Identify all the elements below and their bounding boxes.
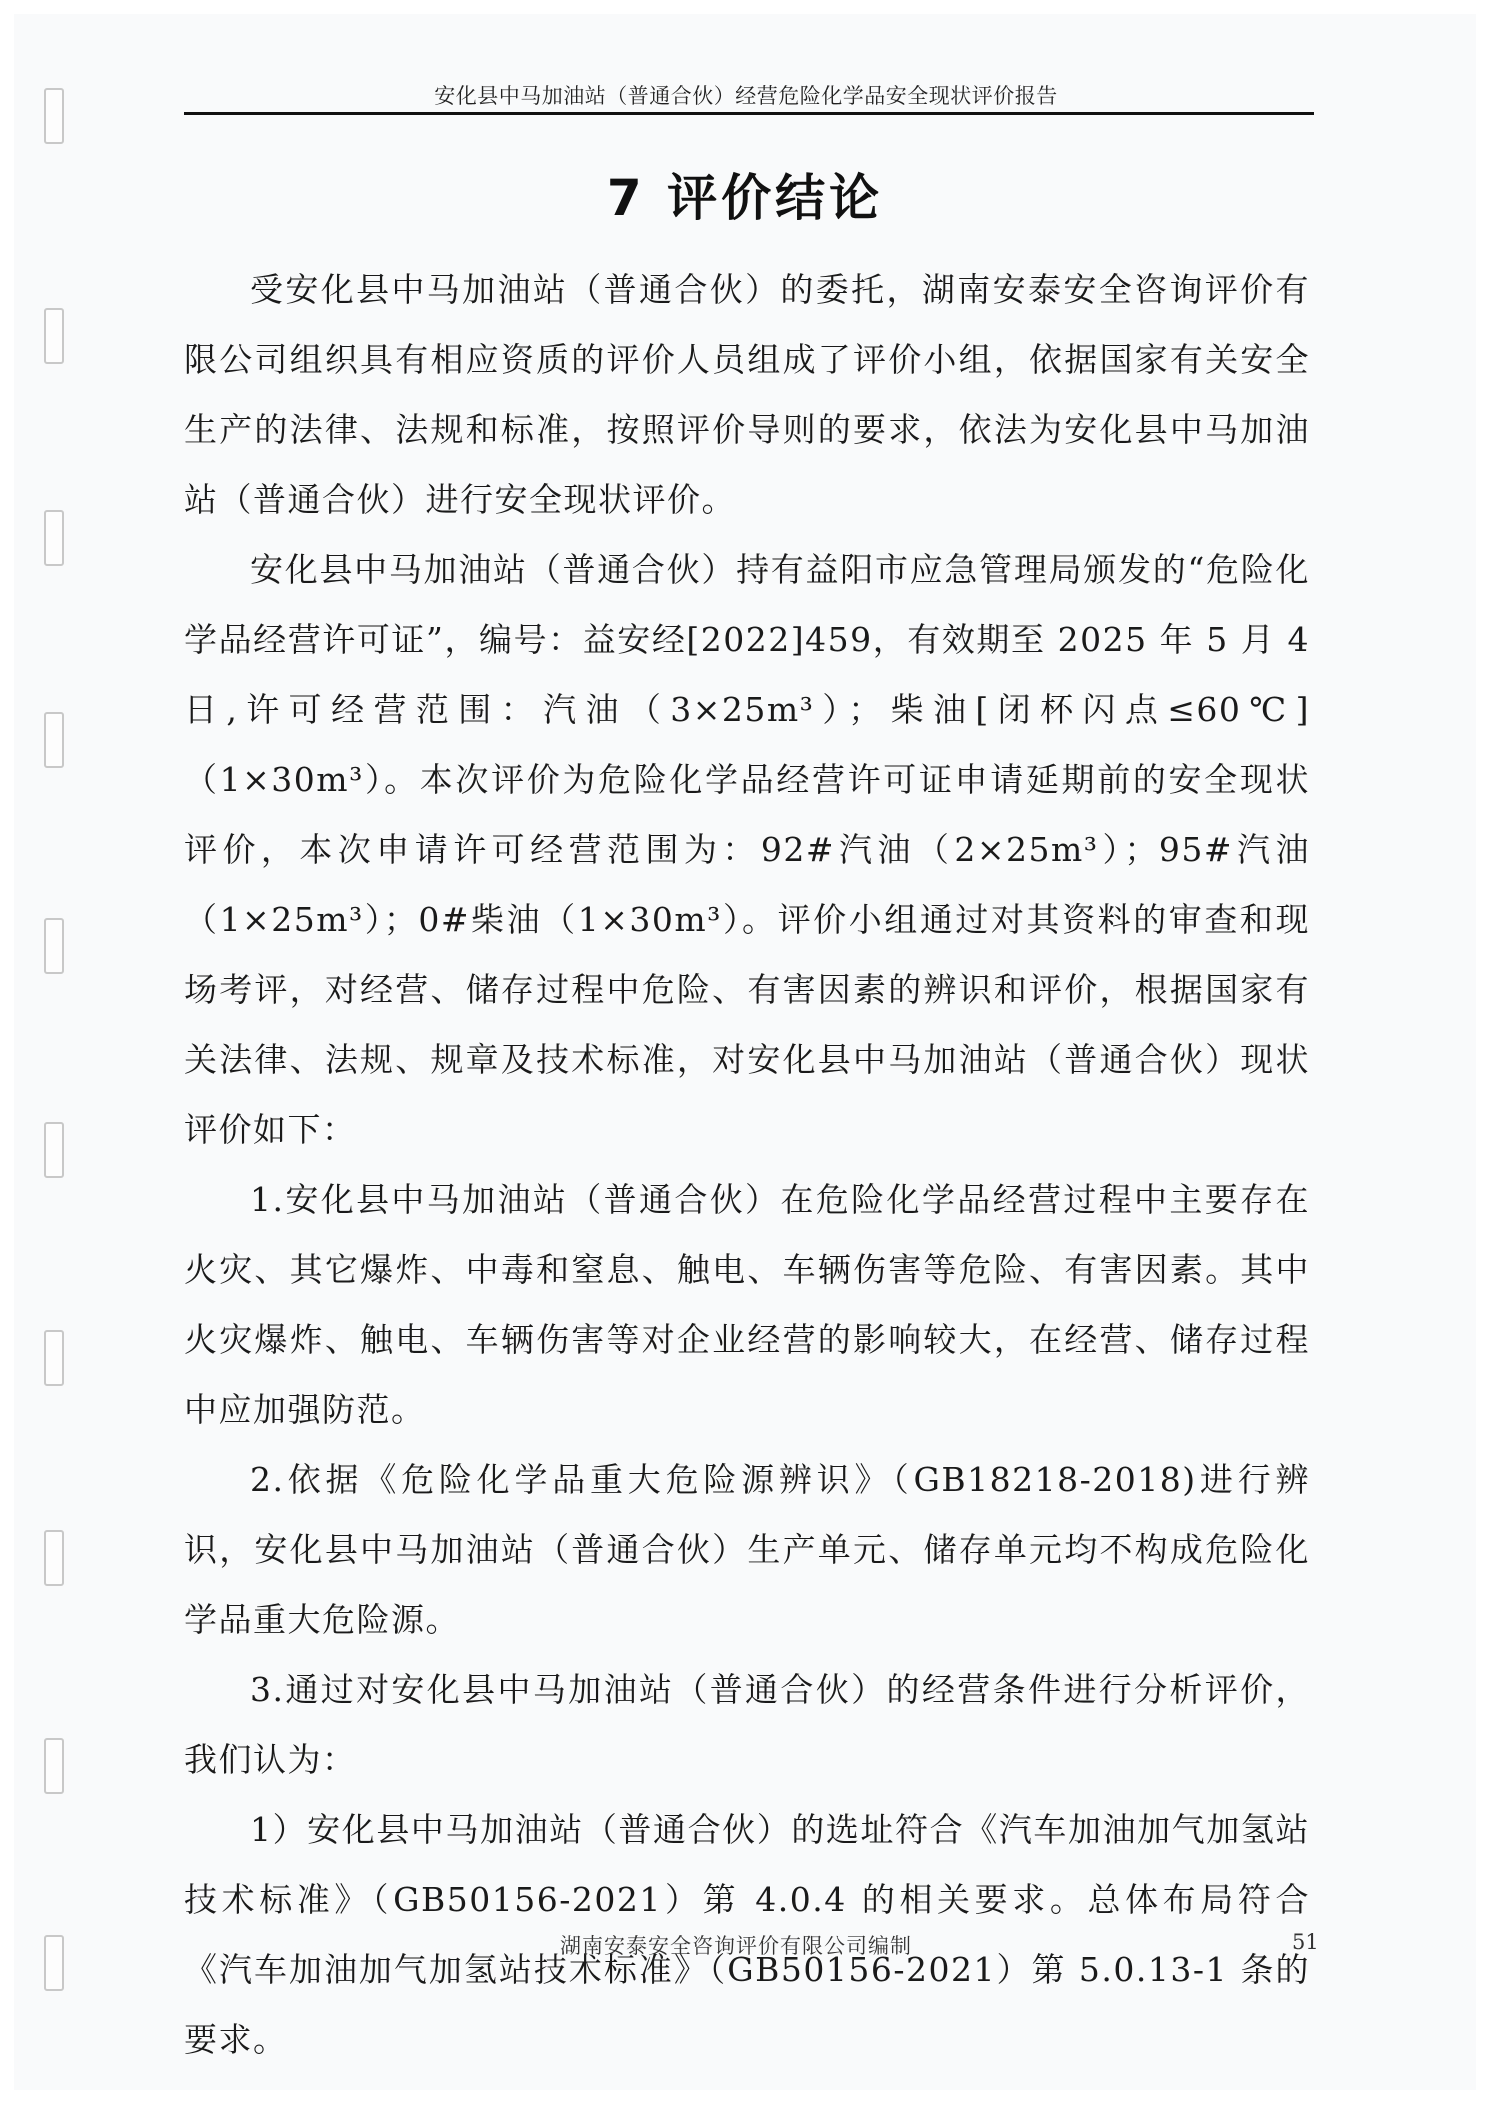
paragraph-item-2: 2.依据《危险化学品重大危险源辨识》（GB18218-2018)进行辨识，安化县… bbox=[184, 1445, 1310, 1655]
binder-hole bbox=[44, 510, 64, 566]
binder-hole bbox=[44, 1530, 64, 1586]
binder-hole bbox=[44, 1122, 64, 1178]
binder-hole bbox=[44, 1935, 64, 1991]
page-number: 51 bbox=[1292, 1930, 1319, 1954]
paragraph-item-1: 1.安化县中马加油站（普通合伙）在危险化学品经营过程中主要存在火灾、其它爆炸、中… bbox=[184, 1165, 1310, 1445]
footer-publisher: 湖南安泰安全咨询评价有限公司编制 bbox=[560, 1930, 912, 1960]
binder-hole bbox=[44, 712, 64, 768]
binder-hole bbox=[44, 308, 64, 364]
paragraph-intro: 受安化县中马加油站（普通合伙）的委托，湖南安泰安全咨询评价有限公司组织具有相应资… bbox=[184, 255, 1310, 535]
running-header: 安化县中马加油站（普通合伙）经营危险化学品安全现状评价报告 bbox=[184, 80, 1308, 110]
paragraph-item-3: 3.通过对安化县中马加油站（普通合伙）的经营条件进行分析评价，我们认为： bbox=[184, 1655, 1310, 1795]
chapter-title: 7 评价结论 bbox=[0, 158, 1490, 230]
binder-hole bbox=[44, 1330, 64, 1386]
paragraph-license: 安化县中马加油站（普通合伙）持有益阳市应急管理局颁发的“危险化学品经营许可证”，… bbox=[184, 535, 1310, 1165]
header-rule bbox=[184, 112, 1314, 115]
body-text: 受安化县中马加油站（普通合伙）的委托，湖南安泰安全咨询评价有限公司组织具有相应资… bbox=[184, 255, 1310, 2075]
binder-hole bbox=[44, 918, 64, 974]
binder-hole bbox=[44, 1738, 64, 1794]
binder-hole bbox=[44, 88, 64, 144]
